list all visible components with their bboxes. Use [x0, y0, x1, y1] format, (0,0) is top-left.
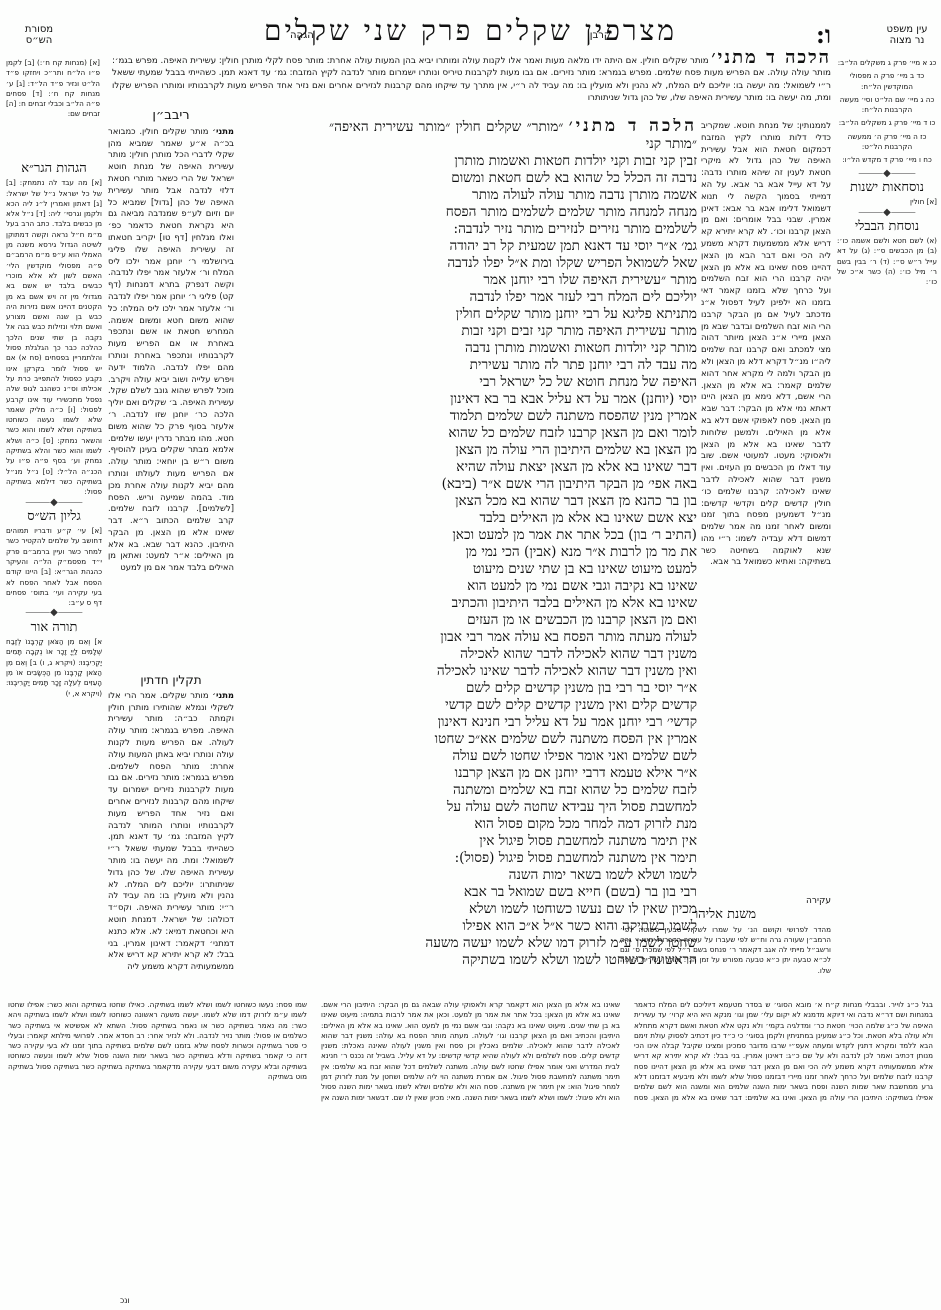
commentary-line: פסח שלמים. מפרש בגמרא: מותר נזירים. אם ג…	[389, 68, 701, 78]
text-line: האיפה של מנחת חוטא של כל ישראל רבי	[329, 374, 697, 391]
text-line: גמ׳ א״ר יוסי עד דאנא תמן שמעית קל רב יהו…	[329, 238, 697, 255]
text-line: תימר אין משתנה למחשבת פסול פיגול (פסול):	[329, 850, 697, 867]
ein-mishpat-entry: כח ו מיי׳ פרק ד מקדש הל״ו:	[837, 155, 937, 165]
main-talmud-text: הלכה ד מתני׳ ״מותר״ שקלים חולין ״מותר עש…	[329, 118, 697, 968]
text-line: קדשים קלים ואין משנין קדשים קלים לשם קדש…	[329, 697, 697, 714]
hagahot-text: [א] מה עבד לה נתמחק: [ב] של כל ישראל נ״ל…	[6, 178, 102, 497]
text-line: ואם מן הצאן קרבנו מן הכבשים או מן העזים	[329, 612, 697, 629]
mishnat-eliyahu-text: מהדר לפרושי וקושם הנ׳ על שמרו לשקול טבעי…	[620, 925, 831, 976]
text-line: שאינו בא נקיבה וגבי אשם נמי מן למעט הוא	[329, 578, 697, 595]
text-line: לשמו ושלא לשמו בשאר ימות השנה	[329, 867, 697, 884]
text-line: נדבה זה הכלל כל שהוא בא לשם חטאת ומשום	[329, 170, 697, 187]
commentary-line: עד שיקחו מהם קרבנות לנזירים אחרים ואם נז…	[161, 81, 470, 91]
page-title: מצרפין שקלים פרק שני שקלים	[0, 14, 941, 48]
bottom-commentary: בגל כ״ג לוייר. ובבבלי מנחות ק״ח א׳ מובא …	[8, 1000, 933, 1290]
masoret-label: מסורת הש״ס	[14, 24, 64, 46]
ornament-divider-icon: ⸻◆⸻	[6, 608, 102, 618]
ribavan-commentary: ריבב״ן מתני׳ מותר שקלים חולין. כמבואר בכ…	[108, 110, 234, 670]
tiklin-heading: תקלין חדתין	[108, 675, 234, 687]
korban-haeda-commentary: לממנותין: של מנחת חוטא. שמקריב כדלי דלות…	[701, 120, 831, 900]
mishnat-eliyahu: עקירה משנת אליהו מהדר לפרושי וקושם הנ׳ ע…	[620, 896, 831, 996]
text-line: (התיב ר׳ בון) בכל אתר את אמר מן למעט וכא…	[329, 527, 697, 544]
masoret-hashas-column: [א] (מנחות קח ח׳:) [ב] לקמן פ״ו הל״ח ותר…	[6, 58, 100, 120]
ein-mishpat-column: כג א מיי׳ פרק ג משקלים הל״ב: כד ב מיי׳ פ…	[837, 58, 937, 288]
ribavan-subheading: מתני׳	[212, 126, 234, 136]
ein-mishpat-entry: כה ג מיי׳ שם הל״ט וסי׳ מעשה הקרבנות הל״ח…	[837, 95, 937, 116]
text-line: מותר עשירית האיפה מותר קני זבים וקני זבו…	[329, 323, 697, 340]
text-line: שאל לשמואל הפריש שקלו ומת א״ל יפלו לנדבה	[329, 255, 697, 272]
text-line: אמרין אין הפסח משתנה לשם שלמים אא״כ שחטו	[329, 731, 697, 748]
text-line: לשלמים מותר נזירים לנזירים מותר נזיר לנד…	[329, 221, 697, 238]
mishnat-eliyahu-pre: עקירה	[620, 896, 831, 906]
tiklin-chadatin-commentary: תקלין חדתין מתני׳ מותר שקלים. אמר הרי אל…	[108, 675, 234, 995]
left-notes-column: הגהות הגר״א [א] מה עבד לה נתמחק: [ב] של …	[6, 160, 102, 1000]
text-line: ואין משנין דבר שהוא לאכילה לדבר שאינו לא…	[329, 663, 697, 680]
ribavan-text: מותר שקלים חולין. כמבואר בכ״ה א״ע שאמר ש…	[108, 126, 234, 572]
text-line: שאינו בא אלא מן האילים בלבד היתיבון והכת…	[329, 595, 697, 612]
commentary-text: לממנותין: של מנחת חוטא. שמקריב כדלי דלות…	[701, 120, 831, 568]
text-line: מתניתא פליגא על רבי יוחנן מותר שקלים חול…	[329, 306, 697, 323]
text-line: דבר שאינו בא אלא מן הצאן יצאת עולה שהיא	[329, 459, 697, 476]
text-line: יוליכם לים המלח רבי לעזר אמר יפלו לנדבה	[329, 289, 697, 306]
text-line: לזבח שלמים כל שהוא זבח בא שלמים ומשתנה	[329, 782, 697, 799]
mishnat-eliyahu-title: משנת אליהו	[620, 910, 831, 920]
page-signature: ונכ	[120, 1296, 130, 1305]
text-line: מה עבד לה רבי יוחנן פתר לה מותר עשירית	[329, 357, 697, 374]
text-line: אין תימר משתנה למחשבת פסול פיגול אין	[329, 833, 697, 850]
nusach-habavli-text: (א) לשם חטא ולשם אשמה כו׳: (ב) מן הכבשים…	[837, 236, 937, 287]
ein-mishpat-entry: כג א מיי׳ פרק ג משקלים הל״ב:	[837, 58, 937, 68]
nuschaot-title: נוסחאות ישנות	[837, 183, 937, 193]
text-line: באה אפי׳ מן הבקר היתיבון הרי אשם א״ר (בי…	[329, 476, 697, 493]
text-line: א״ר יוסי בר רבי בון משנין קדשים קלים לשם	[329, 680, 697, 697]
torah-or-title: תורה אור	[6, 623, 102, 633]
text-line: לשם שלמים ואני אומר אפילו שחטו לשם עולה	[329, 748, 697, 765]
nusach-habavli-title: נוסחת הבבלי	[837, 222, 937, 232]
tiklin-subheading: מתני׳	[212, 690, 234, 700]
text-line: זבין קני זבות וקני יולדות חטאות ואשמות מ…	[329, 153, 697, 170]
text-line: בון בר כהנא מן הצאן דבר שהוא בא מכל הצאן	[329, 493, 697, 510]
text-line: מותר קני יולדות חטאות ואשמות מותרן נדבה	[329, 340, 697, 357]
page-header: עין משפט נר מצוה ו: קרבן מצרפין שקלים פר…	[0, 14, 941, 50]
bottom-commentary-text: בגל כ״ג לוייר. ובבבלי מנחות ק״ח א׳ מובא …	[8, 1000, 933, 1103]
text-line: אשמה מותרן נדבה מותר עולה לעולה מותר	[329, 187, 697, 204]
text-line: לומר ואם מן הצאן קרבנו לזבח שלמים כל שהו…	[329, 425, 697, 442]
commentary-line: מה יעשה בו: יוליכם לים המלח, לא נהנין ול…	[473, 81, 779, 91]
text-line: א״ר אילא טעמא דרבי יוחנן אם מן הצאן קרבנ…	[329, 765, 697, 782]
text-line: את מר מן לרבות א״ר מנא (אבין) הכי נמי מן	[329, 544, 697, 561]
gilyon-text: [א] עי׳ ק״ע ודבריו תמוהים דחושב על שלמים…	[6, 526, 102, 608]
text-line: לעולה מעתה מותר הפסח בא עולה אמר רבי אבו…	[329, 629, 697, 646]
ein-mishpat-entry: כז ה מיי׳ פרק ה׳ ממעשה הקרבנות הל״ט:	[837, 132, 937, 153]
text-line: מן הצאן בא שלמים היתיבון הרי עולה מן הצא…	[329, 442, 697, 459]
torah-or-text: א] וְאִם מִן הַצֹּאן קָרְבָּנוֹ לְזֶבַח …	[6, 637, 102, 699]
ornament-divider-icon: ⸻◆⸻	[837, 169, 937, 179]
text-line: מותר ״עשירית האיפה שלו רבי יוחנן אמר	[329, 272, 697, 289]
halacha-heading: הלכה ד מתני׳	[711, 52, 831, 68]
ornament-divider-icon: ⸻◆⸻	[6, 498, 102, 508]
hagahot-title: הגהות הגר״א	[6, 164, 102, 174]
ein-mishpat-entry: כו ד מיי׳ פרק ג משקלים הל״ב:	[837, 118, 937, 128]
commentary-line: מותר שקלים חולין. אם היתה ידו מלאה מעות …	[286, 56, 709, 66]
text-line: מנחה למנחה מותר שלמים לשלמים מותר הפסח	[329, 204, 697, 221]
main-halacha-heading: הלכה ד מתני׳	[569, 118, 697, 136]
text-line: משנין דבר שהוא לאכילה לדבר שהוא לאכילה	[329, 646, 697, 663]
text-line: יצא אשם שאינו בא אלא מן האילים בלבד	[329, 510, 697, 527]
text-line: אמרין מנין שהפסח משתנה לשם שלמים תלמוד	[329, 408, 697, 425]
hagaah-label: הגהה	[290, 30, 314, 41]
ornament-divider-icon: ⸻◆⸻	[837, 208, 937, 218]
ein-mishpat-entry: כד ב מיי׳ פרק ה מפסולי המוקדשין הל״ח:	[837, 71, 937, 92]
text-line: למעט מיעוט שאינו בא בן שתי שנים מיעוט	[329, 561, 697, 578]
masoret-text: [א] (מנחות קח ח׳:) [ב] לקמן פ״ו הל״ח ותר…	[6, 58, 100, 120]
ribavan-heading: ריבב״ן	[108, 110, 234, 122]
text-line: קדשי׳ רבי יוחנן אמר על דא עליל רבי חנינא…	[329, 714, 697, 731]
gilyon-title: גליון הש״ס	[6, 512, 102, 522]
tiklin-text: מותר שקלים. אמר הרי אלו לשקלי ונמלא שהות…	[108, 690, 234, 971]
text-line: יוסי (יוחנן) אמר על דא עליל אבא בר בא דא…	[329, 391, 697, 408]
text-line: מנת לזרוק דמה למחר מכל מקום פסול הוא	[329, 816, 697, 833]
text-line: למחשבת פסול היך עבידא שחטה לשם עולה על	[329, 799, 697, 816]
